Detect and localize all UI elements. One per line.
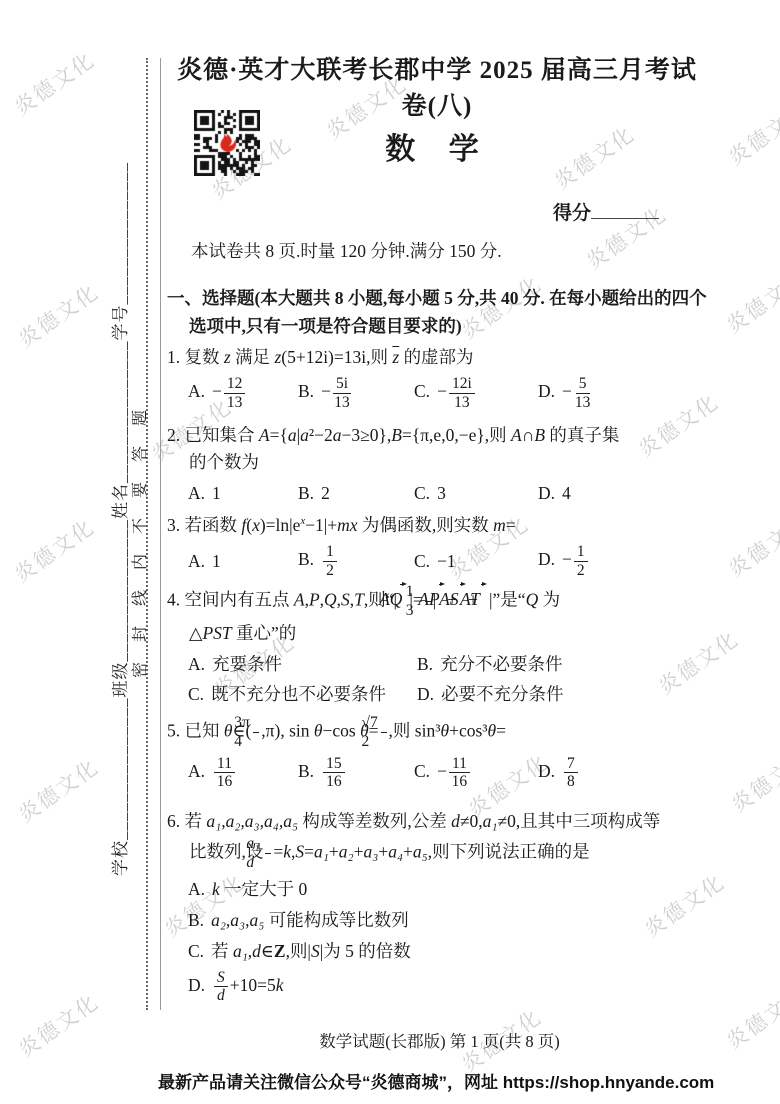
question-2-stem: 2. 已知集合 A={a|a²−2a−3≥0},B={π,e,0,−e},则 A… [167,422,712,476]
question-1-option-b: B.−5i13 [298,375,414,412]
question-3-option-b: B.12 [298,543,414,580]
question-6-option-d: D.Sd+10=5k [167,969,712,1006]
question-3: 3. 若函数 f(x)=ln|ex−1|+mx 为偶函数,则实数 m= A.1 … [167,508,712,579]
question-6-option-b: B.a₂,a₃,a₅ 可能构成等比数列 [167,907,712,934]
question-1-options: A.−1213 B.−5i13 C.−12i13 D.−513 [167,375,712,412]
watermark-text: 炎德文化 [722,506,780,583]
question-3-stem: 3. 若函数 f(x)=ln|ex−1|+mx 为偶函数,则实数 m= [167,508,712,539]
seal-fold-line-solid [160,58,161,1010]
footer-page-info: 数学试题(长郡版) 第 1 页(共 8 页) [167,1028,712,1052]
question-6: 6. 若 a₁,a₂,a₃,a₄,a₅ 构成等差数列,公差 d≠0,a₁≠0,且… [167,808,712,1005]
watermark-text: 炎德文化 [8,44,101,121]
watermark-text: 炎德文化 [12,751,105,828]
seal-line-text: 密封线内不要答题 [127,390,150,678]
question-3-option-c: C.−1 [414,548,538,575]
question-1: 1. 复数 z 满足 z(5+12i)=13i,则 z 的虚部为 A.−1213… [167,344,712,412]
promo-line: 最新产品请关注微信公众号“炎德商城”，网址 https://shop.hnyan… [158,1068,714,1093]
exam-paper-page: 炎德文化炎德文化炎德文化炎德文化炎德文化炎德文化炎德文化炎德文化炎德文化炎德文化… [0,0,780,1104]
question-1-option-a: A.−1213 [188,375,298,412]
question-4-option-a: A.充要条件 [188,651,417,678]
question-6-option-c: C.若 a₁,d∈Z,则|S|为 5 的倍数 [167,938,712,965]
question-4-options: A.充要条件 B.充分不必要条件 C.既不充分也不必要条件 D.必要不充分条件 [167,651,712,708]
question-4: 4. 空间内有五点 A,P,Q,S,T,则“|AQ|=13|AP+AS+AT|”… [167,583,712,708]
question-1-option-c: C.−12i13 [414,375,538,412]
question-1-stem: 1. 复数 z 满足 z(5+12i)=13i,则 z 的虚部为 [167,344,712,371]
question-5-option-b: B.1516 [298,755,414,792]
score-blank-line [591,199,659,219]
question-5-options: A.1116 B.1516 C.−1116 D.78 [167,755,712,792]
watermark-text: 炎德文化 [722,94,780,171]
question-6-option-a: A.k 一定大于 0 [167,876,712,903]
watermark-text: 炎德文化 [720,978,780,1055]
question-3-option-a: A.1 [188,548,298,575]
watermark-text: 炎德文化 [12,276,105,353]
question-5-option-d: D.78 [538,755,712,792]
question-6-stem: 6. 若 a₁,a₂,a₃,a₄,a₅ 构成等差数列,公差 d≠0,a₁≠0,且… [167,808,712,872]
watermark-text: 炎德文化 [8,511,101,588]
question-4-stem: 4. 空间内有五点 A,P,Q,S,T,则“|AQ|=13|AP+AS+AT|”… [167,583,712,647]
question-4-option-c: C.既不充分也不必要条件 [188,681,417,708]
question-5-stem: 5. 已知 θ∈(3π4,π), sin θ−cos θ=√72,则 sin³θ… [167,714,712,751]
watermark-text: 炎德文化 [725,741,780,818]
subject-title: 数 学 [162,124,702,168]
question-4-option-d: D.必要不充分条件 [417,681,712,708]
question-2-option-d: D.4 [538,480,712,507]
question-1-option-d: D.−513 [538,375,712,412]
watermark-text: 炎德文化 [12,986,105,1063]
paper-info: 本试卷共 8 页.时量 120 分钟.满分 150 分. [191,238,502,263]
question-4-option-b: B.充分不必要条件 [417,651,712,678]
score-box: 得分 [553,198,659,225]
section-1-header: 一、选择题(本大题共 8 小题,每小题 5 分,共 40 分. 在每小题给出的四… [167,284,734,340]
question-3-option-d: D.−12 [538,543,712,580]
question-2-option-c: C.3 [414,480,538,507]
question-2-option-b: B.2 [298,480,414,507]
question-5: 5. 已知 θ∈(3π4,π), sin θ−cos θ=√72,则 sin³θ… [167,714,712,791]
question-2: 2. 已知集合 A={a|a²−2a−3≥0},B={π,e,0,−e},则 A… [167,422,712,507]
question-5-option-a: A.1116 [188,755,298,792]
question-3-options: A.1 B.12 C.−1 D.−12 [167,543,712,580]
score-label: 得分 [553,203,591,224]
question-5-option-c: C.−1116 [414,755,538,792]
question-2-option-a: A.1 [188,480,298,507]
question-2-options: A.1 B.2 C.3 D.4 [167,480,712,507]
